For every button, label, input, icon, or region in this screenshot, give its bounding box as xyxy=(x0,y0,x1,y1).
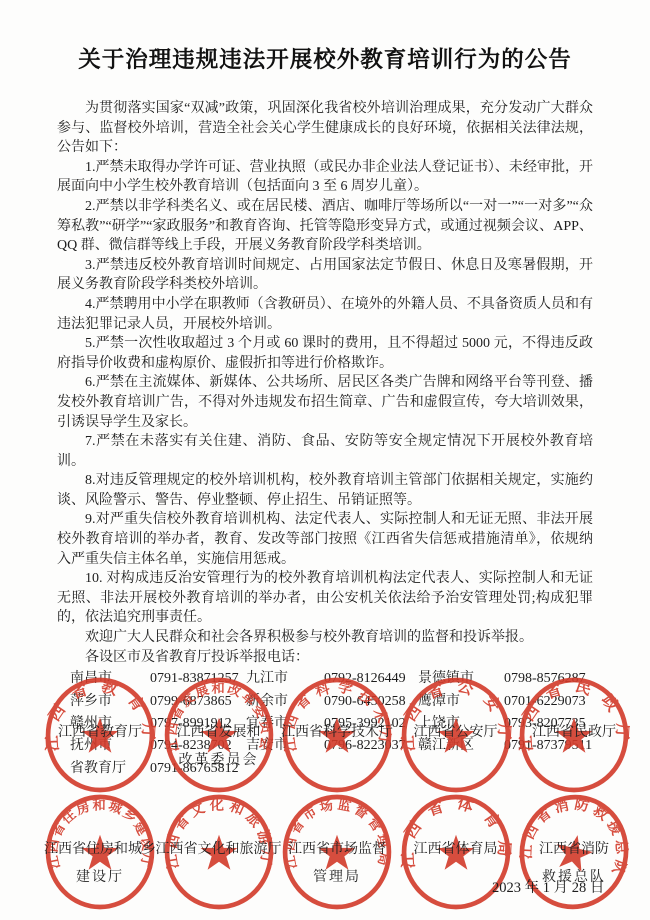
clause-4: 4.严禁聘用中小学在职教师（含教研员）、在境外的外籍人员、不具备资质人员和有违法… xyxy=(57,295,593,334)
seal-label: 江西省市场监督 xyxy=(288,843,386,857)
official-seal-development-reform: 江西省发展和改革委员会 江西省发展和 改革委员会 xyxy=(163,676,275,794)
official-seal-culture-tourism: 江西省文化和旅游厅 江西省文化和旅游厅 xyxy=(163,793,275,911)
hotline-heading: 各设区市及省教育厅投诉举报电话： xyxy=(57,648,593,668)
seal-label: 江西省住房和城乡 xyxy=(44,843,156,857)
official-seal-market-supervision: 江西省市场监督管理局 江西省市场监督 管理局 xyxy=(281,793,393,911)
issue-date: 2023 年 1 月 28 日 xyxy=(492,876,604,897)
seal-label: 江西省发展和 xyxy=(177,726,261,740)
clause-9: 9.对严重失信校外教育培训机构、法定代表人、实际控制人和无证无照、非法开展校外教… xyxy=(57,510,593,569)
seal-label: 管理局 xyxy=(313,871,361,885)
seal-row-1: 江西省教育厅 江西省教育厅 江西省发展和改革委员会 江西省发展和 改革委员会 江… xyxy=(44,676,630,794)
official-seal-science-technology: 江西省科学技术厅 江西省科学技术厅 xyxy=(281,676,393,794)
paragraph-block: 为贯彻落实国家“双减”政策，巩固深化我省校外培训治理成果，充分发动广大群众参与、… xyxy=(57,99,593,667)
welcome-paragraph: 欢迎广大人民群众和社会各界积极参与校外教育培训的监督和投诉举报。 xyxy=(57,628,593,648)
seal-label: 江西省教育厅 xyxy=(58,726,142,740)
seal-label: 江西省公安厅 xyxy=(414,726,498,740)
clause-6: 6.严禁在主流媒体、新媒体、公共场所、居民区各类广告牌和网络平台等刊登、播发校外… xyxy=(57,373,593,432)
clause-1: 1.严禁未取得办学许可证、营业执照（或民办非企业法人登记证书）、未经审批，开展面… xyxy=(57,158,593,197)
seal-label: 建设厅 xyxy=(76,871,124,885)
seal-label: 江西省体育局 xyxy=(414,843,498,857)
document-body: 关于治理违规违法开展校外教育培训行为的公告 为贯彻落实国家“双减”政策，巩固深化… xyxy=(0,0,650,780)
official-seal-housing-construction: 江西省住房和城乡建设厅 江西省住房和城乡 建设厅 xyxy=(44,793,156,911)
seal-label: 江西省民政厅 xyxy=(532,726,616,740)
seal-label: 江西省文化和旅游厅 xyxy=(156,843,282,857)
clause-8: 8.对违反管理规定的校外培训机构，校外教育培训主管部门依据相关规定，实施约谈、风… xyxy=(57,471,593,510)
seal-label: 改革委员会 xyxy=(179,754,259,768)
announcement-document: 关于治理违规违法开展校外教育培训行为的公告 为贯彻落实国家“双减”政策，巩固深化… xyxy=(0,0,650,920)
intro-paragraph: 为贯彻落实国家“双减”政策，巩固深化我省校外培训治理成果，充分发动广大群众参与、… xyxy=(57,99,593,158)
clause-7: 7.严禁在未落实有关住建、消防、食品、安防等安全规定情况下开展校外教育培训。 xyxy=(57,432,593,471)
clause-3: 3.严禁违反校外教育培训时间规定、占用国家法定节假日、休息日及寒暑假期，开展义务… xyxy=(57,256,593,295)
clause-5: 5.严禁一次性收取超过 3 个月或 60 课时的费用，且不得超过 5000 元，… xyxy=(57,334,593,373)
official-seal-public-security: 江西省公安厅 江西省公安厅 xyxy=(400,676,512,794)
page-title: 关于治理违规违法开展校外教育培训行为的公告 xyxy=(57,42,593,74)
official-seal-civil-affairs: 江西省民政厅 江西省民政厅 xyxy=(518,676,630,794)
clause-2: 2.严禁以非学科类名义、或在居民楼、酒店、咖啡厅等场所以“一对一”“一对多”“众… xyxy=(57,197,593,256)
seal-label: 江西省消防 xyxy=(539,843,609,857)
clause-10: 10. 对构成违反治安管理行为的校外教育培训机构法定代表人、实际控制人和无证无照… xyxy=(57,569,593,628)
seal-label: 江西省科学技术厅 xyxy=(281,726,393,740)
official-seal-education-dept: 江西省教育厅 江西省教育厅 xyxy=(44,676,156,794)
